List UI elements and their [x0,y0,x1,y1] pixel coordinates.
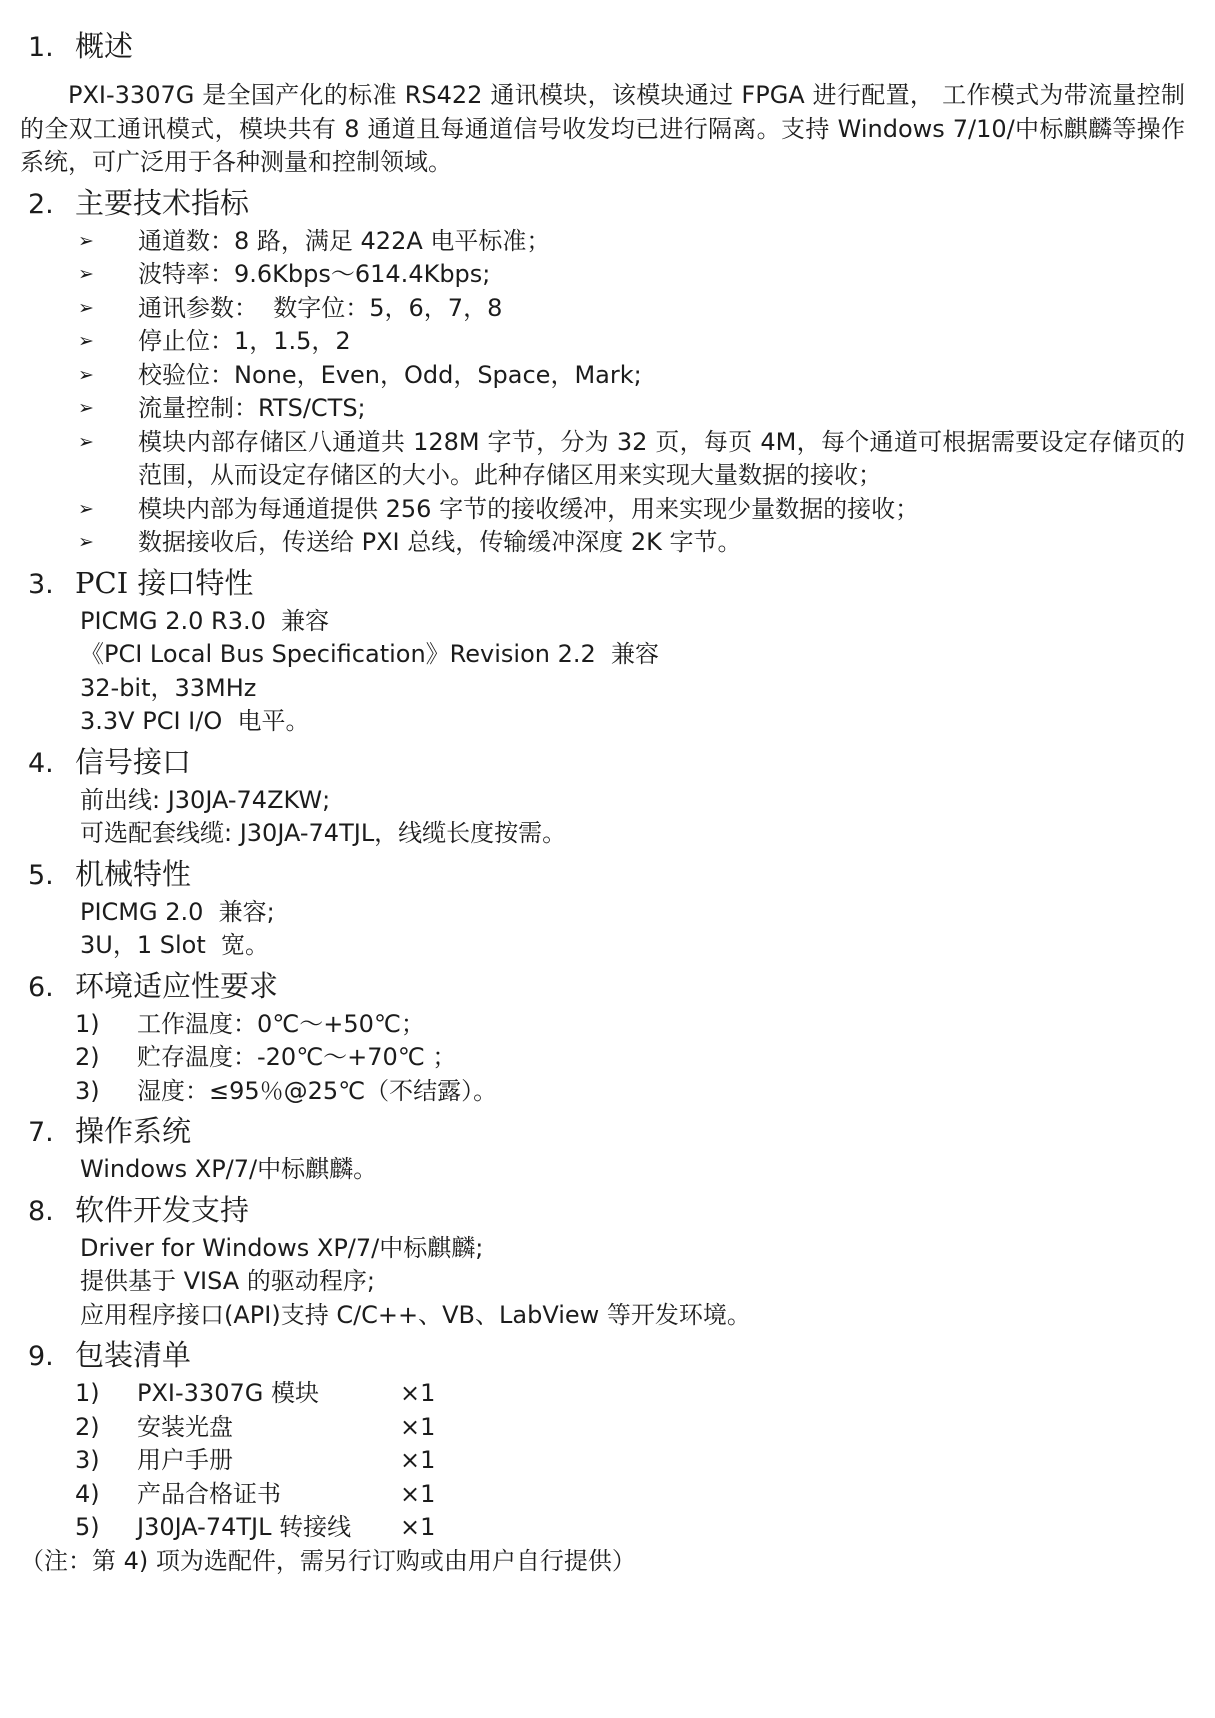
spec-bullet-item: ➢ 数据接收后，传送给 PXI 总线，传输缓冲深度 2K 字节。 [20,526,1185,560]
spec-text: 停止位：1，1.5，2 [138,325,1185,359]
section-mechanical-heading: 5. 机械特性 [20,854,1185,896]
section-title: 环境适应性要求 [75,966,278,1006]
section-number: 1. [28,28,75,68]
packing-item-qty: ×1 [400,1511,435,1545]
packing-item: 2) 安装光盘 ×1 [20,1411,1185,1445]
bullet-arrow-icon: ➢ [78,325,138,359]
content-line: 提供基于 VISA 的驱动程序; [80,1265,1185,1299]
section-number: 4. [28,744,75,784]
packing-note: （注：第 4) 项为选配件，需另行订购或由用户自行提供） [20,1545,1185,1579]
section-software: 8. 软件开发支持 Driver for Windows XP/7/中标麒麟; … [20,1190,1185,1333]
list-number: 3) [75,1075,137,1109]
bullet-arrow-icon: ➢ [78,392,138,426]
spec-text: 数据接收后，传送给 PXI 总线，传输缓冲深度 2K 字节。 [138,526,1185,560]
spec-bullet-item: ➢ 模块内部为每通道提供 256 字节的接收缓冲，用来实现少量数据的接收； [20,493,1185,527]
bullet-arrow-icon: ➢ [78,292,138,326]
packing-item: 3) 用户手册 ×1 [20,1444,1185,1478]
spec-bullet-item: ➢ 停止位：1，1.5，2 [20,325,1185,359]
section-number: 6. [28,968,75,1008]
content-line: 3.3V PCI I/O 电平。 [80,705,1185,739]
section-number: 3. [28,565,75,605]
packing-item-qty: ×1 [400,1411,435,1445]
section-overview-heading: 1. 概述 [20,26,1185,68]
content-line: 可选配套线缆: J30JA-74TJL，线缆长度按需。 [80,817,1185,851]
spec-bullet-item: ➢ 模块内部存储区八通道共 128M 字节，分为 32 页，每页 4M，每个通道… [20,426,1185,493]
spec-text: 流量控制：RTS/CTS; [138,392,1185,426]
env-item: 2) 贮存温度：-20℃～+70℃ ； [20,1041,1185,1075]
spec-text: 模块内部存储区八通道共 128M 字节，分为 32 页，每页 4M，每个通道可根… [138,426,1185,493]
section-signal: 4. 信号接口 前出线: J30JA-74ZKW; 可选配套线缆: J30JA-… [20,742,1185,851]
section-os: 7. 操作系统 Windows XP/7/中标麒麟。 [20,1111,1185,1187]
list-number: 2) [75,1411,137,1445]
section-signal-heading: 4. 信号接口 [20,742,1185,784]
section-overview: 1. 概述 PXI-3307G 是全国产化的标准 RS422 通讯模块，该模块通… [20,26,1185,180]
content-line: 应用程序接口(API)支持 C/C++、VB、LabView 等开发环境。 [80,1299,1185,1333]
content-line: Windows XP/7/中标麒麟。 [80,1153,1185,1187]
section-environment-heading: 6. 环境适应性要求 [20,966,1185,1008]
spec-bullet-item: ➢ 波特率：9.6Kbps～614.4Kbps; [20,258,1185,292]
packing-item: 4) 产品合格证书 ×1 [20,1478,1185,1512]
packing-item-name: 用户手册 [137,1444,400,1478]
section-title: 机械特性 [75,854,191,894]
spec-text: 校验位：None，Even，Odd，Space，Mark; [138,359,1185,393]
section-title: 包装清单 [75,1335,191,1375]
section-number: 8. [28,1192,75,1232]
list-number: 1) [75,1008,137,1042]
packing-item-qty: ×1 [400,1377,435,1411]
content-line: 32-bit，33MHz [80,672,1185,706]
section-specs: 2. 主要技术指标 ➢ 通道数：8 路，满足 422A 电平标准； ➢ 波特率：… [20,183,1185,560]
document-page: 1. 概述 PXI-3307G 是全国产化的标准 RS422 通讯模块，该模块通… [0,0,1215,1718]
section-title: 操作系统 [75,1111,191,1151]
packing-item: 5) J30JA-74TJL 转接线 ×1 [20,1511,1185,1545]
packing-item-name: 产品合格证书 [137,1478,400,1512]
content-line: PICMG 2.0 兼容; [80,896,1185,930]
packing-item-name: PXI-3307G 模块 [137,1377,400,1411]
list-number: 4) [75,1478,137,1512]
bullet-arrow-icon: ➢ [78,258,138,292]
section-specs-heading: 2. 主要技术指标 [20,183,1185,225]
bullet-arrow-icon: ➢ [78,359,138,393]
section-title: PCI 接口特性 [75,563,253,603]
bullet-arrow-icon: ➢ [78,426,138,493]
env-item: 3) 湿度：≤95％@25℃（不结露）。 [20,1075,1185,1109]
spec-text: 通道数：8 路，满足 422A 电平标准； [138,225,1185,259]
bullet-arrow-icon: ➢ [78,225,138,259]
section-packing-heading: 9. 包装清单 [20,1335,1185,1377]
spec-text: 波特率：9.6Kbps～614.4Kbps; [138,258,1185,292]
env-text: 工作温度：0℃～+50℃； [137,1008,1185,1042]
spec-bullet-item: ➢ 通道数：8 路，满足 422A 电平标准； [20,225,1185,259]
packing-item-name: 安装光盘 [137,1411,400,1445]
spec-text: 通讯参数： 数字位：5，6，7，8 [138,292,1185,326]
env-text: 贮存温度：-20℃～+70℃ ； [137,1041,1185,1075]
section-mechanical: 5. 机械特性 PICMG 2.0 兼容; 3U，1 Slot 宽。 [20,854,1185,963]
packing-item-qty: ×1 [400,1444,435,1478]
section-number: 9. [28,1337,75,1377]
section-title: 软件开发支持 [75,1190,249,1230]
list-number: 1) [75,1377,137,1411]
bullet-arrow-icon: ➢ [78,493,138,527]
packing-item: 1) PXI-3307G 模块 ×1 [20,1377,1185,1411]
section-number: 2. [28,185,75,225]
section-pci-heading: 3. PCI 接口特性 [20,563,1185,605]
section-title: 主要技术指标 [75,183,249,223]
spec-text: 模块内部为每通道提供 256 字节的接收缓冲，用来实现少量数据的接收； [138,493,1185,527]
env-item: 1) 工作温度：0℃～+50℃； [20,1008,1185,1042]
list-number: 3) [75,1444,137,1478]
content-line: PICMG 2.0 R3.0 兼容 [80,605,1185,639]
section-software-heading: 8. 软件开发支持 [20,1190,1185,1232]
section-os-heading: 7. 操作系统 [20,1111,1185,1153]
spec-bullet-item: ➢ 校验位：None，Even，Odd，Space，Mark; [20,359,1185,393]
overview-paragraph: PXI-3307G 是全国产化的标准 RS422 通讯模块，该模块通过 FPGA… [20,79,1185,180]
spec-bullet-item: ➢ 通讯参数： 数字位：5，6，7，8 [20,292,1185,326]
env-text: 湿度：≤95％@25℃（不结露）。 [137,1075,1185,1109]
content-line: 前出线: J30JA-74ZKW; [80,784,1185,818]
content-line: 《PCI Local Bus Specification》Revision 2.… [80,638,1185,672]
spec-bullet-item: ➢ 流量控制：RTS/CTS; [20,392,1185,426]
section-packing-list: 9. 包装清单 1) PXI-3307G 模块 ×1 2) 安装光盘 ×1 3)… [20,1335,1185,1578]
bullet-arrow-icon: ➢ [78,526,138,560]
section-number: 5. [28,856,75,896]
content-line: 3U，1 Slot 宽。 [80,929,1185,963]
section-title: 信号接口 [75,742,191,782]
packing-item-name: J30JA-74TJL 转接线 [137,1511,400,1545]
section-number: 7. [28,1113,75,1153]
packing-item-qty: ×1 [400,1478,435,1512]
section-pci: 3. PCI 接口特性 PICMG 2.0 R3.0 兼容 《PCI Local… [20,563,1185,739]
list-number: 2) [75,1041,137,1075]
section-environment: 6. 环境适应性要求 1) 工作温度：0℃～+50℃； 2) 贮存温度：-20℃… [20,966,1185,1109]
content-line: Driver for Windows XP/7/中标麒麟; [80,1232,1185,1266]
list-number: 5) [75,1511,137,1545]
section-title: 概述 [75,26,133,66]
